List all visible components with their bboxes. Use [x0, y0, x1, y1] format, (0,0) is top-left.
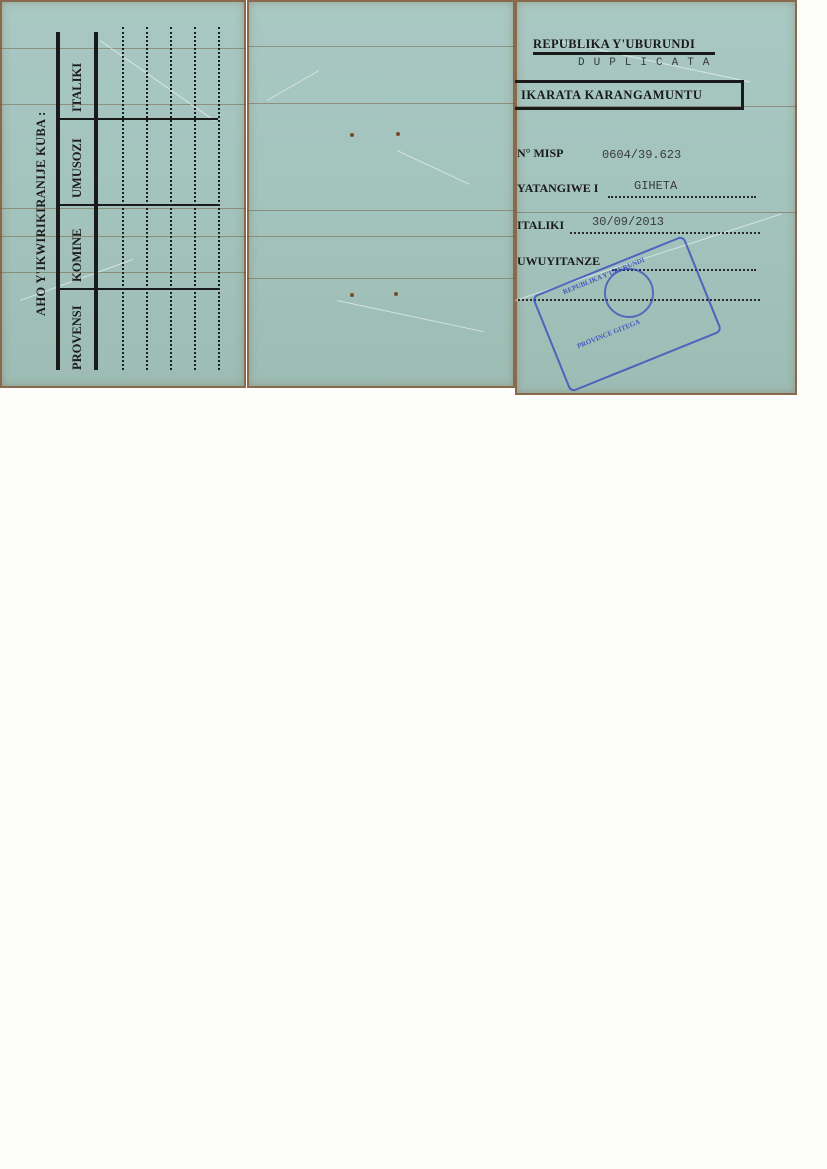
- column-header-komine: KOMINE: [70, 229, 85, 282]
- identity-card-scan: AHO Y'IKWIRIKIRANIJE KUBA : PROVENSI KOM…: [0, 0, 798, 392]
- middle-panel: [247, 0, 515, 388]
- dotted-entry-line: [146, 27, 148, 370]
- field-value-misp: 0604/39.623: [602, 148, 681, 162]
- dotted-entry-line: [122, 27, 124, 370]
- dotted-line: [608, 196, 756, 198]
- column-header-provensi: PROVENSI: [70, 305, 85, 370]
- duplicate-label: DUPLICATA: [578, 57, 718, 69]
- field-value-yatangiwe: GIHETA: [634, 179, 677, 193]
- dotted-entry-line: [218, 27, 220, 370]
- staple-hole: [394, 292, 398, 296]
- table-border-right: [94, 32, 98, 370]
- column-header-umusozi: UMUSOZI: [70, 138, 85, 198]
- staple-hole: [350, 133, 354, 137]
- field-label-italiki: ITALIKI: [517, 218, 564, 233]
- dotted-entry-line: [194, 27, 196, 370]
- column-header-italiki: ITALIKI: [70, 63, 85, 112]
- residence-table-title: AHO Y'IKWIRIKIRANIJE KUBA :: [34, 111, 49, 316]
- staple-hole: [396, 132, 400, 136]
- field-label-yatangiwe: YATANGIWE I: [517, 181, 598, 196]
- field-label-misp: N° MISP: [517, 146, 563, 161]
- dotted-entry-line: [170, 27, 172, 370]
- field-value-italiki: 30/09/2013: [592, 215, 664, 229]
- table-border-left: [56, 32, 60, 370]
- staple-hole: [350, 293, 354, 297]
- field-label-uwuyitanze: UWUYITANZE: [517, 254, 600, 269]
- republic-header: REPUBLIKA Y'UBURUNDI: [533, 37, 695, 52]
- dotted-line: [570, 232, 760, 234]
- header-underline: [533, 52, 715, 55]
- card-title: IKARATA KARANGAMUNTU: [515, 80, 744, 110]
